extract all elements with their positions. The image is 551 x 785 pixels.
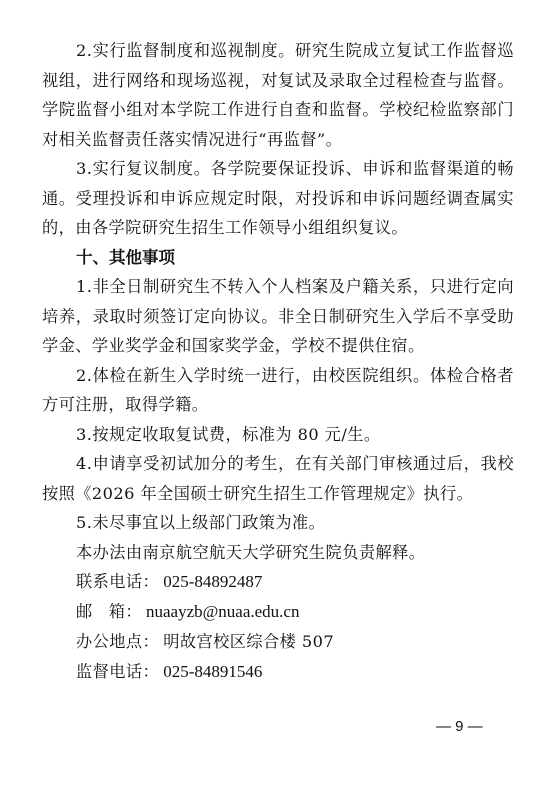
document-page: 2.实行监督制度和巡视制度。研究生院成立复试工作监督巡视组，进行网络和现场巡视，…: [42, 36, 514, 687]
contact-office-value: 明故宫校区综合楼 507: [163, 632, 334, 651]
contact-supervision-phone: 监督电话：025-84891546: [42, 657, 514, 687]
contact-phone: 联系电话：025-84892487: [42, 567, 514, 597]
paragraph-review-system: 3.实行复议制度。各学院要保证投诉、申诉和监督渠道的畅通。受理投诉和申诉应规定时…: [42, 154, 514, 243]
item-retest-fee: 3.按规定收取复试费，标准为 80 元/生。: [42, 420, 514, 450]
contact-office: 办公地点：明故宫校区综合楼 507: [42, 627, 514, 657]
item-part-time-students: 1.非全日制研究生不转入个人档案及户籍关系，只进行定向培养，录取时须签订定向协议…: [42, 272, 514, 361]
page-number: — 9 —: [436, 718, 483, 735]
contact-phone-label: 联系电话：: [76, 567, 159, 597]
contact-supervision-value: 025-84891546: [163, 662, 262, 681]
item-medical-exam: 2.体检在新生入学时统一进行，由校医院组织。体检合格者方可注册，取得学籍。: [42, 361, 514, 420]
contact-email: 邮箱：nuaayzb@nuaa.edu.cn: [42, 597, 514, 627]
contact-email-label: 邮箱：: [76, 597, 142, 627]
contact-office-label: 办公地点：: [76, 627, 159, 657]
item-bonus-points: 4.申请享受初试加分的考生，在有关部门审核通过后，我校按照《2026 年全国硕士…: [42, 449, 514, 508]
contact-supervision-label: 监督电话：: [76, 657, 159, 687]
section-heading: 十、其他事项: [42, 243, 514, 273]
paragraph-supervision-system: 2.实行监督制度和巡视制度。研究生院成立复试工作监督巡视组，进行网络和现场巡视，…: [42, 36, 514, 154]
contact-email-value[interactable]: nuaayzb@nuaa.edu.cn: [146, 602, 299, 621]
contact-phone-value: 025-84892487: [163, 572, 262, 591]
item-unresolved-matters: 5.未尽事宜以上级部门政策为准。: [42, 508, 514, 538]
interpretation-statement: 本办法由南京航空航天大学研究生院负责解释。: [42, 538, 514, 568]
